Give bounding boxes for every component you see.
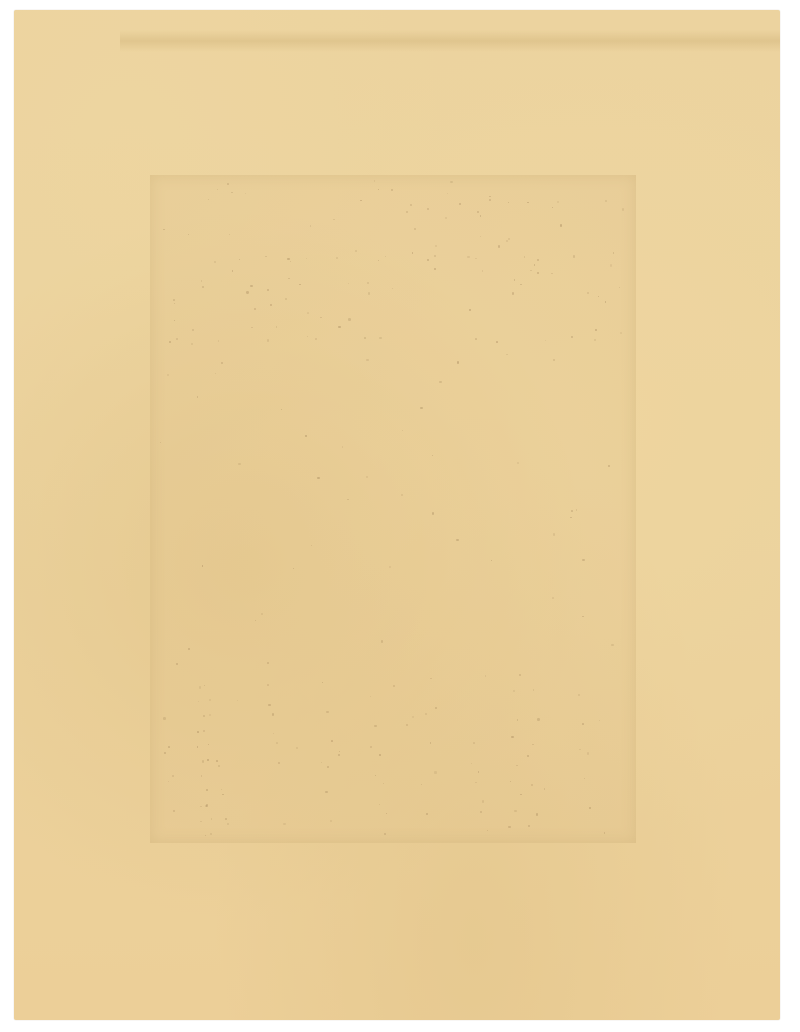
foxing-spot [511, 736, 513, 738]
foxing-spot [285, 298, 287, 300]
foxing-spot [587, 752, 590, 755]
foxing-spot [163, 717, 166, 720]
foxing-spot [307, 312, 309, 314]
foxing-spot [310, 225, 312, 227]
foxing-spot [427, 259, 429, 261]
foxing-spot [336, 257, 338, 259]
foxing-spot [599, 720, 600, 721]
foxing-spot [406, 724, 408, 726]
foxing-spot [430, 742, 431, 743]
foxing-spot [459, 203, 460, 204]
foxing-spot [201, 280, 203, 282]
foxing-spot [560, 224, 562, 226]
foxing-spot [367, 282, 368, 283]
foxing-spot [199, 686, 201, 688]
foxing-spot [342, 446, 343, 447]
foxing-spot [265, 256, 266, 257]
foxing-spot [214, 261, 216, 263]
foxing-spot [218, 765, 220, 767]
foxing-spot [317, 477, 319, 479]
foxing-spot [496, 341, 498, 343]
foxing-spot [203, 730, 205, 732]
foxing-spot [478, 771, 479, 772]
foxing-spot [520, 794, 521, 795]
foxing-spot [456, 539, 459, 542]
foxing-spot [320, 317, 321, 318]
foxing-spot [513, 690, 515, 692]
foxing-spot [537, 272, 538, 273]
foxing-spot [364, 337, 366, 339]
foxing-spot [530, 270, 532, 272]
foxing-spot [608, 465, 610, 467]
foxing-spot [430, 678, 432, 680]
foxing-spot [238, 463, 240, 465]
foxing-spot [389, 566, 391, 568]
foxing-spot [434, 771, 436, 773]
foxing-spot [605, 200, 607, 202]
top-edge-stain [120, 30, 780, 52]
foxing-spot [553, 533, 555, 535]
foxing-spot [378, 260, 379, 261]
foxing-spot [552, 597, 554, 599]
foxing-spot [202, 760, 205, 763]
foxing-spot [188, 648, 190, 650]
foxing-spot [348, 318, 351, 321]
foxing-spot [172, 775, 173, 776]
foxing-spot [368, 292, 371, 295]
foxing-spot [485, 675, 487, 677]
foxing-spot [325, 791, 327, 793]
foxing-spot [191, 343, 193, 345]
foxing-spot [587, 292, 589, 294]
foxing-spot [229, 234, 230, 235]
foxing-spot [268, 704, 270, 706]
foxing-spot [534, 264, 536, 266]
foxing-spot [232, 270, 234, 272]
foxing-spot [450, 181, 453, 184]
foxing-spot [231, 192, 232, 193]
foxing-spot [333, 219, 334, 220]
foxing-spot [379, 804, 380, 805]
foxing-spot [432, 512, 434, 514]
foxing-spot [594, 339, 596, 341]
foxing-spot [281, 409, 282, 410]
foxing-spot [401, 494, 403, 496]
foxing-spot [208, 199, 210, 201]
foxing-spot [215, 373, 216, 374]
foxing-spot [163, 229, 164, 230]
foxing-spot [506, 354, 507, 355]
foxing-spot [537, 718, 539, 720]
foxing-spot [475, 782, 476, 783]
foxing-spot [330, 820, 332, 822]
foxing-spot [412, 252, 414, 254]
foxing-spot [557, 201, 559, 203]
foxing-spot [267, 684, 269, 686]
foxing-spot [537, 259, 539, 261]
foxing-spot [414, 228, 416, 230]
foxing-spot [311, 545, 312, 546]
foxing-spot [331, 740, 333, 742]
foxing-spot [527, 202, 528, 203]
foxing-spot [246, 291, 248, 293]
foxing-spot [164, 752, 166, 754]
foxing-spot [210, 833, 211, 834]
foxing-spot [469, 309, 470, 310]
foxing-spot [531, 784, 532, 785]
foxing-spot [435, 245, 436, 246]
foxing-spot [467, 256, 469, 258]
foxing-spot [508, 202, 509, 203]
foxing-spot [216, 760, 218, 762]
foxing-spot [348, 283, 349, 284]
foxing-spot [327, 766, 329, 768]
foxing-spot [227, 183, 229, 185]
foxing-spot [589, 807, 591, 809]
foxing-spot [622, 208, 624, 210]
plate-mark-area [150, 175, 636, 843]
foxing-spot [582, 723, 584, 725]
foxing-spot [571, 336, 572, 337]
foxing-spot [412, 716, 414, 718]
foxing-spot [200, 806, 202, 808]
foxing-spot [374, 725, 376, 727]
foxing-spot [176, 338, 178, 340]
foxing-spot [203, 715, 205, 717]
foxing-spot [520, 284, 521, 285]
foxing-spot [278, 762, 280, 764]
foxing-spot [598, 296, 599, 297]
foxing-spot [512, 292, 514, 294]
foxing-spot [211, 818, 212, 819]
foxing-spot [272, 713, 275, 716]
foxing-spot [379, 754, 381, 756]
foxing-spot [582, 559, 584, 561]
foxing-spot [305, 435, 306, 436]
foxing-spot [288, 278, 289, 279]
foxing-spot [595, 329, 596, 330]
foxing-spot [173, 299, 175, 301]
foxing-spot [197, 731, 199, 733]
foxing-spot [553, 359, 554, 360]
foxing-spot [250, 285, 252, 287]
foxing-spot [205, 835, 206, 836]
foxing-spot [276, 326, 278, 328]
foxing-spot [207, 759, 208, 760]
foxing-spot [477, 211, 479, 213]
foxing-spot [384, 833, 386, 835]
foxing-spot [445, 217, 447, 219]
foxing-spot [533, 689, 534, 690]
foxing-spot [391, 189, 392, 190]
foxing-spot [267, 662, 269, 664]
foxing-spot [267, 339, 269, 341]
